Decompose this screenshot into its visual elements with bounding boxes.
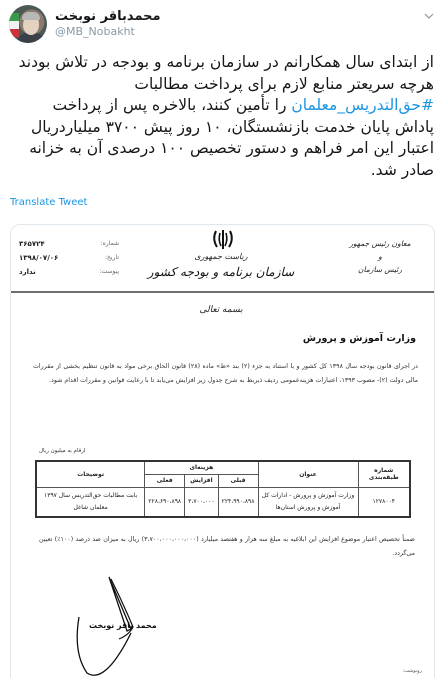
document-letterhead: شماره: ۳۶۵۷۲۴ تاریخ: ۱۳۹۸/۰۷/۰۶ پیوست: ن… (11, 225, 434, 293)
attached-document-image[interactable]: شماره: ۳۶۵۷۲۴ تاریخ: ۱۳۹۸/۰۷/۰۶ پیوست: ن… (10, 224, 435, 678)
avatar-flag-green (9, 13, 19, 21)
unit-note: ارقام به میلیون ریال (39, 448, 85, 454)
tweet-text: از ابتدای سال همکارانم در سازمان برنامه … (10, 52, 434, 181)
sender-title-line-3: رئیس سازمان (340, 263, 420, 276)
recipient-heading: وزارت آموزش و پرورش (303, 333, 416, 344)
col-increase: افزایش (185, 474, 218, 487)
author-display-name[interactable]: محمدباقر نوبخت (55, 9, 161, 24)
signer-name: محمد باقر نوبخت (89, 621, 157, 630)
cell-before: ۲۲۴،۹۹۰،۸۹۸ (218, 487, 258, 517)
meta-label: تاریخ: (105, 251, 119, 265)
avatar-hair (22, 12, 40, 20)
avatar-flag-red (9, 29, 19, 37)
basmala: بسمه تعالی (191, 305, 251, 315)
budget-table: شماره طبقه‌بندی عنوان هزینه‌ای توضیحات ق… (35, 460, 411, 518)
cell-title: وزارت آموزش و پرورش - ادارات کل آموزش و … (258, 487, 358, 517)
organization-name: سازمان برنامه و بودجه کشور (131, 265, 311, 279)
meta-label: شماره: (101, 237, 119, 251)
document-body: در اجرای قانون بودجه سال ۱۳۹۸ کل کشور و … (33, 360, 418, 388)
meta-label: پیوست: (99, 265, 119, 279)
closing-paragraph: ضمناً تخصیص اعتبار موضوع افزایش این ابلا… (39, 533, 415, 561)
col-notes: توضیحات (36, 461, 145, 487)
cell-increase: ۳،۷۰۰،۰۰۰ (185, 487, 218, 517)
col-current: فعلی (145, 474, 185, 487)
meta-row-date: تاریخ: ۱۳۹۸/۰۷/۰۶ (19, 251, 119, 265)
col-title: عنوان (258, 461, 358, 487)
footer-copy-note: رونوشت: (402, 668, 422, 674)
meta-value: ۱۳۹۸/۰۷/۰۶ (19, 251, 58, 265)
col-expense: هزینه‌ای (145, 461, 258, 474)
tweet-text-part-1: از ابتدای سال همکارانم در سازمان برنامه … (19, 53, 434, 93)
cell-current: ۲۲۸،۶۹۰،۸۹۸ (145, 487, 185, 517)
author-handle[interactable]: @MB_Nobakht (55, 25, 135, 38)
sender-title-line-1: معاون رئیس جمهور (340, 237, 420, 250)
col-classification: شماره طبقه‌بندی (358, 461, 410, 487)
meta-value: ندارد (19, 265, 36, 279)
translate-tweet-link[interactable]: Translate Tweet (10, 197, 87, 208)
meta-row-number: شماره: ۳۶۵۷۲۴ (19, 237, 119, 251)
table-header-row: شماره طبقه‌بندی عنوان هزینه‌ای توضیحات (36, 461, 410, 474)
cell-classification: ۱۲۷۸۰۰۴ (358, 487, 410, 517)
author-avatar[interactable] (9, 5, 47, 43)
cell-notes: بابت مطالبات حق‌التدریس سال ۱۳۹۷ معلمان … (36, 487, 145, 517)
iran-emblem-icon (211, 229, 235, 251)
meta-value: ۳۶۵۷۲۴ (19, 237, 45, 251)
table-row: ۱۲۷۸۰۰۴ وزارت آموزش و پرورش - ادارات کل … (36, 487, 410, 517)
chevron-down-icon[interactable] (424, 11, 434, 21)
document-meta: شماره: ۳۶۵۷۲۴ تاریخ: ۱۳۹۸/۰۷/۰۶ پیوست: ن… (19, 237, 119, 279)
sender-title: معاون رئیس جمهور و رئیس سازمان (340, 237, 420, 276)
col-before: قبلی (218, 474, 258, 487)
hashtag-link[interactable]: #حق‌التدریس_معلمان (291, 96, 434, 114)
presidency-title: ریاست جمهوری (151, 252, 291, 261)
avatar-flag-white (9, 21, 19, 29)
sender-title-line-2: و (340, 250, 420, 263)
tweet-header: محمدباقر نوبخت @MB_Nobakht (0, 0, 444, 50)
meta-row-attachment: پیوست: ندارد (19, 265, 119, 279)
